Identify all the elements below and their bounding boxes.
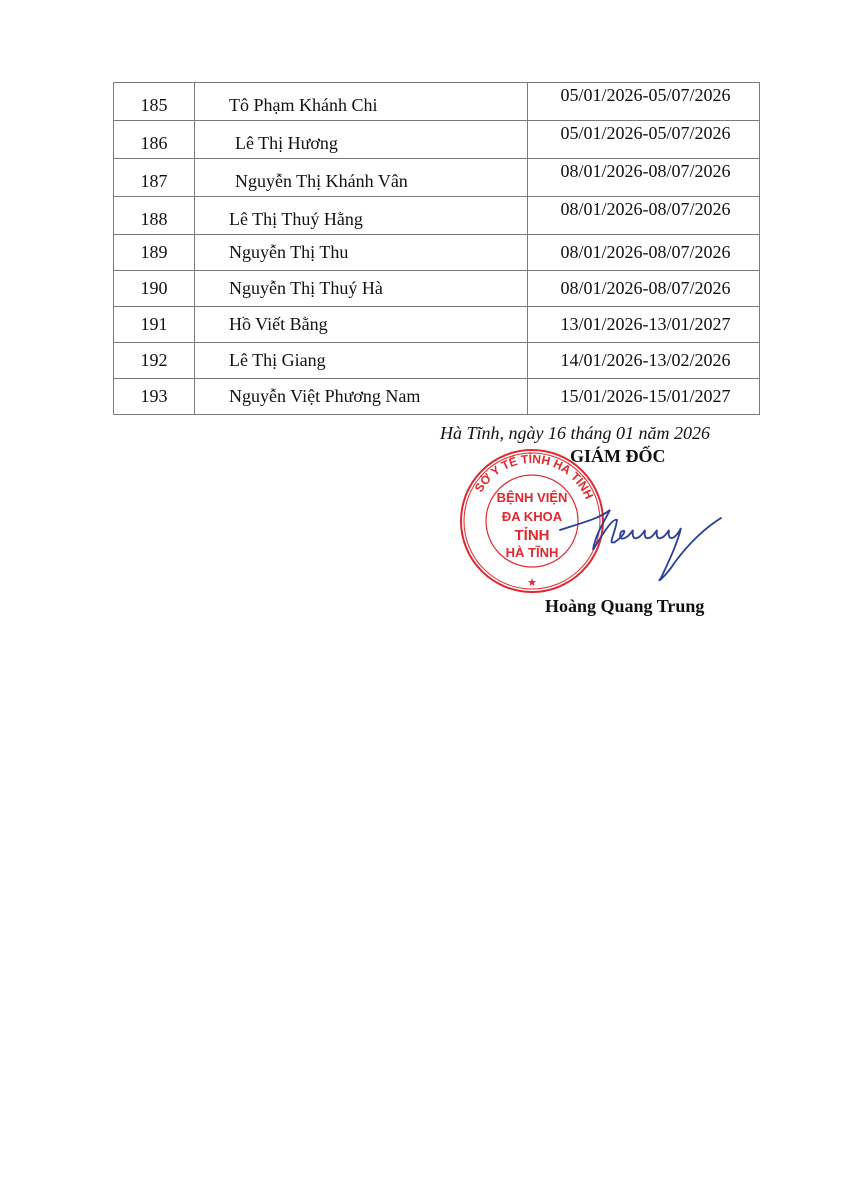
- table-row: 190 Nguyễn Thị Thuý Hà 08/01/2026-08/07/…: [114, 271, 760, 307]
- signer-name: Hoàng Quang Trung: [545, 596, 704, 617]
- period: 08/01/2026-08/07/2026: [528, 271, 760, 307]
- table-row: 187 Nguyễn Thị Khánh Vân 08/01/2026-08/0…: [114, 159, 760, 197]
- period: 13/01/2026-13/01/2027: [528, 307, 760, 343]
- period: 08/01/2026-08/07/2026: [528, 197, 760, 235]
- stamp-line3: TỈNH: [515, 527, 550, 544]
- staff-table: 185 Tô Phạm Khánh Chi 05/01/2026-05/07/2…: [113, 82, 760, 415]
- table-row: 192 Lê Thị Giang 14/01/2026-13/02/2026: [114, 343, 760, 379]
- period: 15/01/2026-15/01/2027: [528, 379, 760, 415]
- row-number: 188: [114, 197, 195, 235]
- table-row: 188 Lê Thị Thuý Hằng 08/01/2026-08/07/20…: [114, 197, 760, 235]
- period: 05/01/2026-05/07/2026: [528, 121, 760, 159]
- period: 08/01/2026-08/07/2026: [528, 235, 760, 271]
- place-date: Hà Tĩnh, ngày 16 tháng 01 năm 2026: [440, 423, 710, 444]
- handwritten-signature: [555, 490, 725, 585]
- staff-name: Lê Thị Thuý Hằng: [195, 197, 528, 235]
- row-number: 191: [114, 307, 195, 343]
- row-number: 189: [114, 235, 195, 271]
- staff-name: Lê Thị Giang: [195, 343, 528, 379]
- period: 14/01/2026-13/02/2026: [528, 343, 760, 379]
- table-row: 193 Nguyễn Việt Phương Nam 15/01/2026-15…: [114, 379, 760, 415]
- staff-name: Hồ Viết Bằng: [195, 307, 528, 343]
- staff-name: Nguyễn Việt Phương Nam: [195, 379, 528, 415]
- staff-name: Tô Phạm Khánh Chi: [195, 83, 528, 121]
- period: 08/01/2026-08/07/2026: [528, 159, 760, 197]
- staff-name: Lê Thị Hương: [195, 121, 528, 159]
- stamp-line4: HÀ TĨNH: [506, 545, 559, 560]
- staff-name: Nguyễn Thị Khánh Vân: [195, 159, 528, 197]
- period: 05/01/2026-05/07/2026: [528, 83, 760, 121]
- star-icon: ★: [527, 577, 537, 589]
- row-number: 186: [114, 121, 195, 159]
- row-number: 187: [114, 159, 195, 197]
- row-number: 192: [114, 343, 195, 379]
- staff-name: Nguyễn Thị Thuý Hà: [195, 271, 528, 307]
- table-row: 185 Tô Phạm Khánh Chi 05/01/2026-05/07/2…: [114, 83, 760, 121]
- row-number: 190: [114, 271, 195, 307]
- staff-name: Nguyễn Thị Thu: [195, 235, 528, 271]
- table-row: 189 Nguyễn Thị Thu 08/01/2026-08/07/2026: [114, 235, 760, 271]
- stamp-line2: ĐA KHOA: [502, 509, 563, 524]
- row-number: 185: [114, 83, 195, 121]
- table-row: 191 Hồ Viết Bằng 13/01/2026-13/01/2027: [114, 307, 760, 343]
- row-number: 193: [114, 379, 195, 415]
- table-row: 186 Lê Thị Hương 05/01/2026-05/07/2026: [114, 121, 760, 159]
